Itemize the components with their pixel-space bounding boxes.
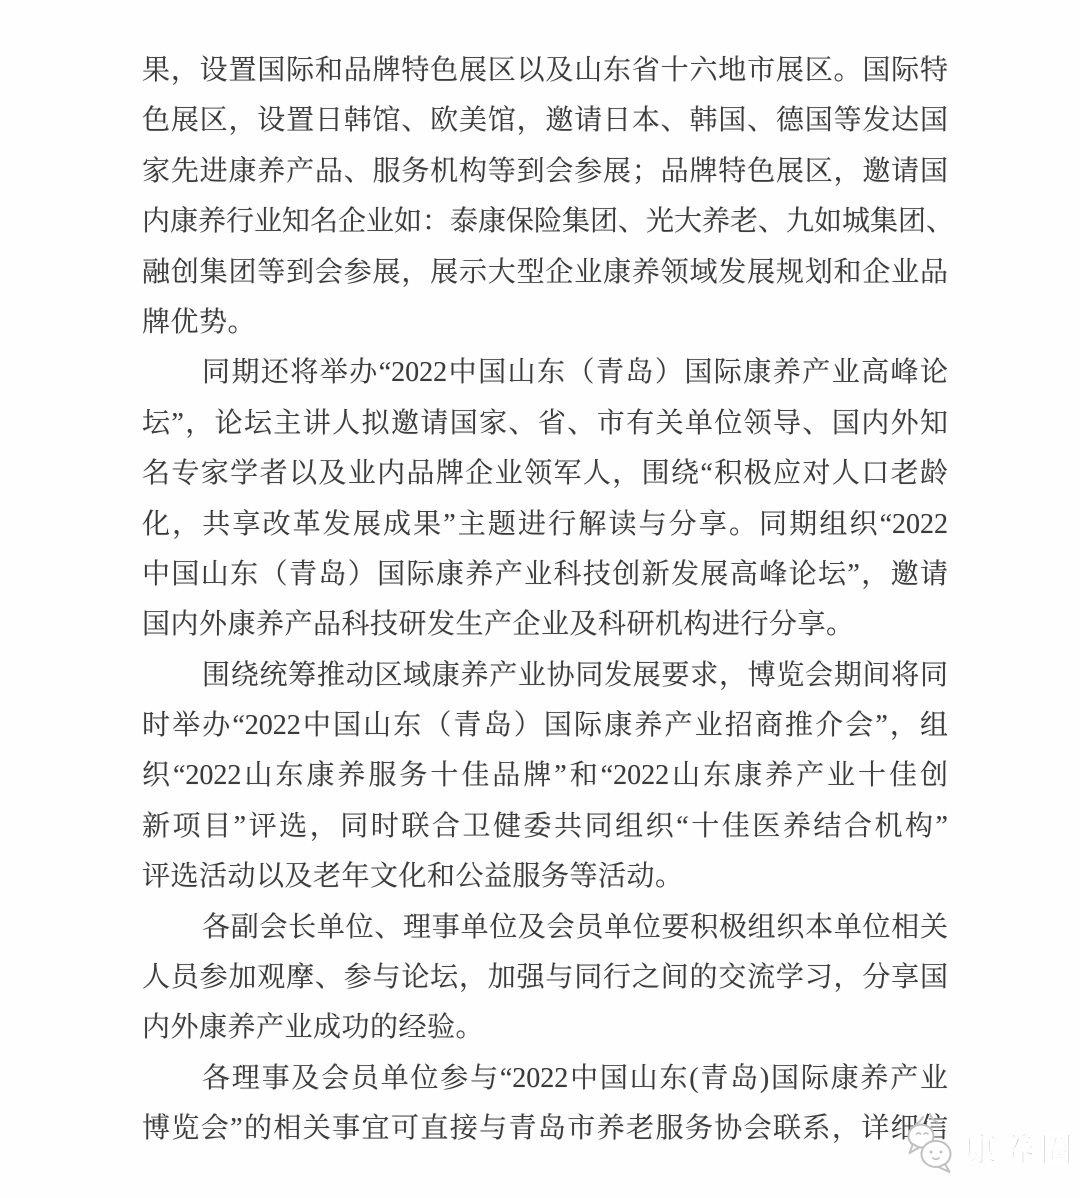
text-line: 各副会长单位、理事单位及会员单位要积极组织本单位相关	[142, 903, 948, 953]
text-line: 织“2022山东康养服务十佳品牌”和“2022山东康养产业十佳创	[142, 751, 948, 801]
text-line: 果，设置国际和品牌特色展区以及山东省十六地市展区。国际特	[142, 46, 948, 96]
text-line: 新项目”评选，同时联合卫健委共同组织“十佳医养结合机构”	[142, 802, 948, 852]
brand-watermark: 康养圈	[903, 1108, 1078, 1176]
text-line: 评选活动以及老年文化和公益服务等活动。	[142, 852, 948, 902]
chat-bubbles-icon	[903, 1108, 959, 1176]
text-line: 融创集团等到会参展，展示大型企业康养领域发展规划和企业品	[142, 248, 948, 298]
text-line: 人员参加观摩、参与论坛，加强与同行之间的交流学习，分享国	[142, 953, 948, 1003]
text-line: 国内外康养产品科技研发生产企业及科研机构进行分享。	[142, 600, 948, 650]
text-line: 坛”，论坛主讲人拟邀请国家、省、市有关单位领导、国内外知	[142, 399, 948, 449]
text-line: 牌优势。	[142, 298, 948, 348]
document-page: 果，设置国际和品牌特色展区以及山东省十六地市展区。国际特色展区，设置日韩馆、欧美…	[0, 0, 1080, 1198]
watermark-label: 康养圈	[964, 1119, 1078, 1166]
text-line: 色展区，设置日韩馆、欧美馆，邀请日本、韩国、德国等发达国	[142, 96, 948, 146]
text-line: 中国山东（青岛）国际康养产业科技创新发展高峰论坛”，邀请	[142, 550, 948, 600]
text-line: 各理事及会员单位参与“2022中国山东(青岛)国际康养产业	[142, 1054, 948, 1104]
text-line: 内康养行业知名企业如：泰康保险集团、光大养老、九如城集团、	[142, 197, 948, 247]
document-text: 果，设置国际和品牌特色展区以及山东省十六地市展区。国际特色展区，设置日韩馆、欧美…	[142, 46, 948, 1155]
text-line: 同期还将举办“2022中国山东（青岛）国际康养产业高峰论	[142, 348, 948, 398]
text-line: 围绕统筹推动区域康养产业协同发展要求，博览会期间将同	[142, 651, 948, 701]
text-line: 时举办“2022中国山东（青岛）国际康养产业招商推介会”，组	[142, 701, 948, 751]
text-line: 博览会”的相关事宜可直接与青岛市养老服务协会联系，详细信	[142, 1104, 948, 1154]
text-line: 家先进康养产品、服务机构等到会参展；品牌特色展区，邀请国	[142, 147, 948, 197]
text-line: 内外康养产业成功的经验。	[142, 1003, 948, 1053]
text-line: 名专家学者以及业内品牌企业领军人，围绕“积极应对人口老龄	[142, 449, 948, 499]
text-line: 化，共享改革发展成果”主题进行解读与分享。同期组织“2022	[142, 500, 948, 550]
